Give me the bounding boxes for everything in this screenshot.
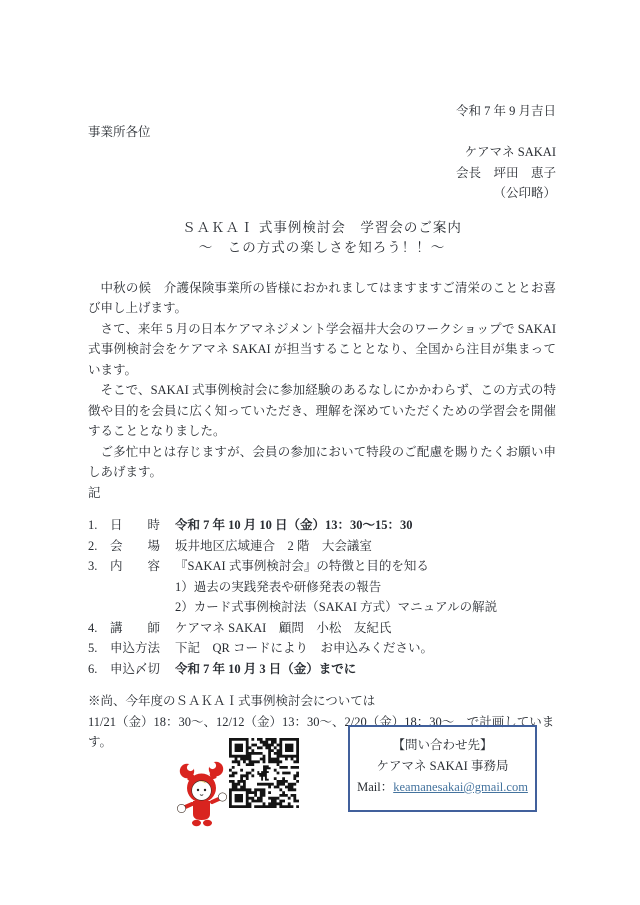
sender-org: ケアマネ SAKAI	[88, 142, 556, 163]
item-value: 令和 7 年 10 月 10 日（金）13：30～15：30	[175, 515, 413, 536]
item-number: 6.	[88, 659, 110, 680]
item-value: 『SAKAI 式事例検討会』の特徴と目的を知る	[175, 556, 429, 577]
item-number: 1.	[88, 515, 110, 536]
qr-code	[229, 738, 299, 808]
seal-note: （公印略）	[88, 183, 556, 204]
contact-mail-line: Mail：keamanesakai@gmail.com	[350, 777, 535, 798]
list-item-venue: 2. 会場 坂井地区広域連合 2 階 大会議室	[88, 536, 556, 557]
body-paragraph: さて、来年 5 月の日本ケアマネジメント学会福井大会のワークショップで SAKA…	[88, 319, 556, 381]
list-item-datetime: 1. 日時 令和 7 年 10 月 10 日（金）13：30～15：30	[88, 515, 556, 536]
item-number: 5.	[88, 638, 110, 659]
content-subitem: 2）カード式事例検討法（SAKAI 方式）マニュアルの解説	[175, 597, 556, 618]
date-line: 令和 7 年 9 月吉日	[88, 101, 556, 122]
content-subitem: 1）過去の実践発表や研修発表の報告	[175, 577, 556, 598]
crab-mascot-icon	[174, 758, 230, 840]
contact-org: ケアマネ SAKAI 事務局	[350, 756, 535, 777]
item-value: 下記 QR コードにより お申込みください。	[175, 638, 433, 659]
item-label: 会場	[110, 536, 160, 557]
item-label: 申込〆切	[110, 659, 160, 680]
item-label: 申込方法	[110, 638, 160, 659]
list-item-application: 5. 申込方法 下記 QR コードにより お申込みください。	[88, 638, 556, 659]
body-paragraphs: 中秋の候 介護保険事業所の皆様におかれましてはますますご清栄のこととお喜び申し上…	[88, 278, 556, 504]
list-item-contents: 3. 内容 『SAKAI 式事例検討会』の特徴と目的を知る	[88, 556, 556, 577]
item-label: 日時	[110, 515, 160, 536]
body-paragraph: そこで、SAKAI 式事例検討会に参加経験のあるなしにかかわらず、この方式の特徴…	[88, 380, 556, 442]
item-value: ケアマネ SAKAI 顧問 小松 友紀氏	[175, 618, 391, 639]
document-page: 令和 7 年 9 月吉日 事業所各位 ケアマネ SAKAI 会長 坪田 恵子 （…	[0, 0, 640, 905]
agenda-list: 1. 日時 令和 7 年 10 月 10 日（金）13：30～15：30 2. …	[88, 515, 556, 679]
body-paragraph: 中秋の候 介護保険事業所の皆様におかれましてはますますご清栄のこととお喜び申し上…	[88, 278, 556, 319]
item-value: 坂井地区広域連合 2 階 大会議室	[175, 536, 372, 557]
contact-box: 【問い合わせ先】 ケアマネ SAKAI 事務局 Mail：keamanesaka…	[348, 725, 537, 812]
item-value: 令和 7 年 10 月 3 日（金）までに	[175, 659, 356, 680]
item-number: 2.	[88, 536, 110, 557]
document-title: ＳＡＫＡＩ 式事例検討会 学習会のご案内	[88, 218, 556, 239]
title-block: ＳＡＫＡＩ 式事例検討会 学習会のご案内 ～ この方式の楽しさを知ろう！！～	[88, 218, 556, 259]
sender-name: 会長 坪田 恵子	[88, 163, 556, 184]
list-item-deadline: 6. 申込〆切 令和 7 年 10 月 3 日（金）までに	[88, 659, 556, 680]
item-label: 講師	[110, 618, 160, 639]
item-number: 4.	[88, 618, 110, 639]
body-paragraph: ご多忙中とは存じますが、会員の参加において特段のご配慮を賜りたくお願い申しあげま…	[88, 442, 556, 483]
item-label: 内容	[110, 556, 160, 577]
contact-heading: 【問い合わせ先】	[350, 735, 535, 756]
mail-label: Mail：	[357, 780, 393, 794]
letter-content: 令和 7 年 9 月吉日 事業所各位 ケアマネ SAKAI 会長 坪田 恵子 （…	[0, 0, 640, 753]
record-marker: 記	[88, 483, 556, 504]
list-item-lecturer: 4. 講師 ケアマネ SAKAI 顧問 小松 友紀氏	[88, 618, 556, 639]
contact-email-link[interactable]: keamanesakai@gmail.com	[393, 780, 528, 794]
recipient-line: 事業所各位	[88, 122, 556, 143]
footnote-line: ※尚、今年度のＳＡＫＡＩ式事例検討会については	[88, 691, 556, 712]
document-subtitle: ～ この方式の楽しさを知ろう！！～	[88, 238, 556, 259]
item-number: 3.	[88, 556, 110, 577]
